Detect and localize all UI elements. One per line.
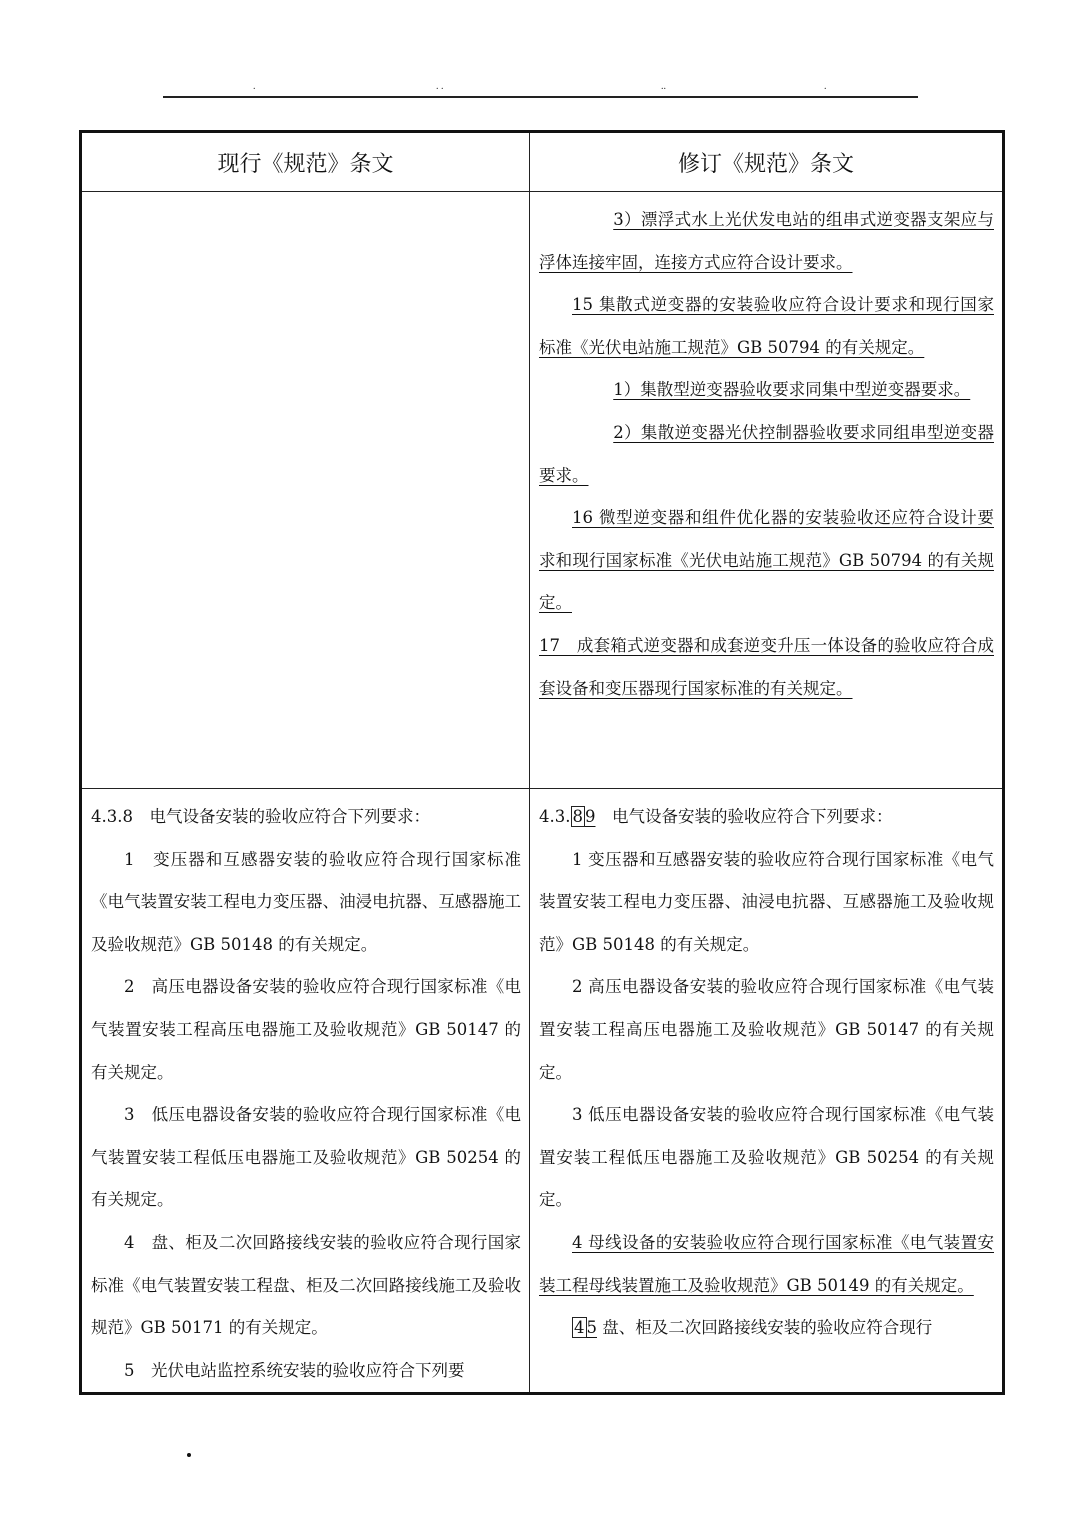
header-dot: .. (661, 82, 666, 92)
clause-item: 2 高压电器设备安装的验收应符合现行国家标准《电气装置安装工程高压电器施工及验收… (91, 966, 521, 1094)
deleted-mark: 8 (571, 806, 586, 827)
clause-item: 45 盘、柜及二次回路接线安装的验收应符合现行 (539, 1307, 994, 1350)
clause-title: 4.3.8 电气设备安装的验收应符合下列要求： (91, 796, 521, 839)
revised-clause-cell: 4.3.89 电气设备安装的验收应符合下列要求： 1 变压器和互感器安装的验收应… (530, 789, 1004, 1394)
clause-item: 1 变压器和互感器安装的验收应符合现行国家标准《电气装置安装工程电力变压器、油浸… (539, 839, 994, 967)
header-dot: . . (436, 82, 444, 92)
revised-paragraph: 1）集散型逆变器验收要求同集中型逆变器要求。 (613, 380, 970, 399)
revised-paragraph: 17 成套箱式逆变器和成套逆变升压一体设备的验收应符合成套设备和变压器现行国家标… (539, 636, 994, 698)
clause-item: 5 光伏电站监控系统安装的验收应符合下列要 (91, 1350, 521, 1393)
column-header-revised: 修订《规范》条文 (530, 132, 1004, 192)
deleted-mark: 4 (572, 1317, 587, 1338)
current-clause-cell (81, 192, 530, 789)
footer-dot (187, 1453, 191, 1457)
header-dot: . (253, 82, 256, 92)
comparison-table: 现行《规范》条文 修订《规范》条文 3）漂浮式水上光伏发电站的组串式逆变器支架应… (79, 130, 1005, 1395)
clause-number-prefix: 4.3. (539, 807, 571, 826)
clause-item: 3 低压电器设备安装的验收应符合现行国家标准《电气装置安装工程低压电器施工及验收… (91, 1094, 521, 1222)
revised-paragraph: 2）集散逆变器光伏控制器验收要求同组串型逆变器要求。 (539, 423, 994, 485)
revised-paragraph: 16 微型逆变器和组件优化器的安装验收还应符合设计要求和现行国家标准《光伏电站施… (539, 508, 994, 612)
table-row: 4.3.8 电气设备安装的验收应符合下列要求： 1 变压器和互感器安装的验收应符… (81, 789, 1004, 1394)
table-header-row: 现行《规范》条文 修订《规范》条文 (81, 132, 1004, 192)
clause-item: 4 盘、柜及二次回路接线安装的验收应符合现行国家标准《电气装置安装工程盘、柜及二… (91, 1222, 521, 1350)
table-row: 3）漂浮式水上光伏发电站的组串式逆变器支架应与浮体连接牢固，连接方式应符合设计要… (81, 192, 1004, 789)
clause-title: 4.3.89 电气设备安装的验收应符合下列要求： (539, 796, 994, 839)
inserted-mark: 9 (585, 807, 596, 826)
revised-paragraph: 3）漂浮式水上光伏发电站的组串式逆变器支架应与浮体连接牢固，连接方式应符合设计要… (539, 210, 994, 272)
header-dot: . (824, 82, 827, 92)
current-clause-cell: 4.3.8 电气设备安装的验收应符合下列要求： 1 变压器和互感器安装的验收应符… (81, 789, 530, 1394)
clause-item-inserted: 4 母线设备的安装验收应符合现行国家标准《电气装置安装工程母线装置施工及验收规范… (539, 1233, 994, 1295)
page-header-rule (163, 96, 918, 98)
column-header-current: 现行《规范》条文 (81, 132, 530, 192)
clause-item: 1 变压器和互感器安装的验收应符合现行国家标准《电气装置安装工程电力变压器、油浸… (91, 839, 521, 967)
revised-paragraph: 15 集散式逆变器的安装验收应符合设计要求和现行国家标准《光伏电站施工规范》GB… (539, 295, 994, 357)
revised-clause-cell: 3）漂浮式水上光伏发电站的组串式逆变器支架应与浮体连接牢固，连接方式应符合设计要… (530, 192, 1004, 789)
clause-item: 3 低压电器设备安装的验收应符合现行国家标准《电气装置安装工程低压电器施工及验收… (539, 1094, 994, 1222)
inserted-mark: 5 (587, 1318, 598, 1337)
clause-item: 2 高压电器设备安装的验收应符合现行国家标准《电气装置安装工程高压电器施工及验收… (539, 966, 994, 1094)
